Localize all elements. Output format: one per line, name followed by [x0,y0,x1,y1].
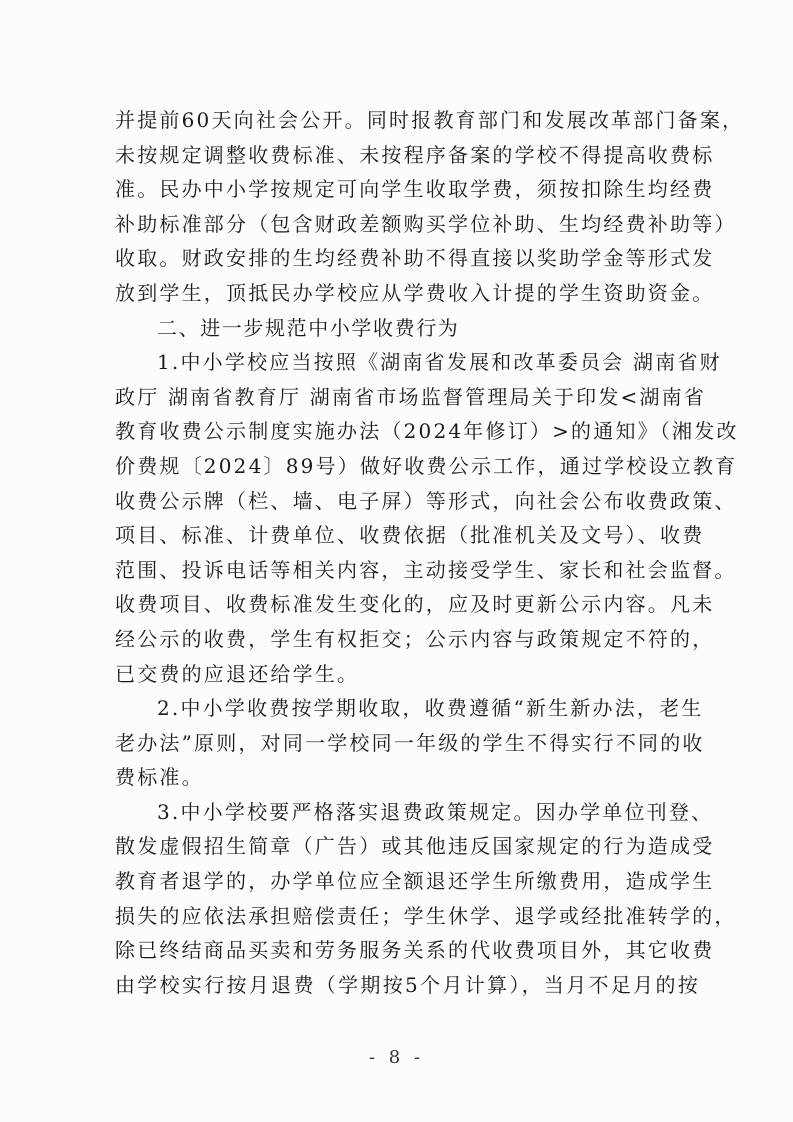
text-line: 除已终结商品买卖和劳务服务关系的代收费项目外，其它收费 [115,933,700,968]
text-line: 收费项目、收费标准发生变化的，应及时更新公示内容。凡未 [115,587,700,622]
text-line: 老办法”原则，对同一学校同一年级的学生不得实行不同的收 [115,726,700,761]
paragraph-item-3: 3.中小学校要严格落实退费政策规定。因办学单位刊登、 散发虚假招生简章（广告）或… [115,795,700,1003]
text-line: 教育收费公示制度实施办法（2024年修订）>的通知》（湘发改 [115,414,700,449]
paragraph-item-1: 1.中小学校应当按照《湖南省发展和改革委员会 湖南省财 政厅 湖南省教育厅 湖南… [115,345,700,691]
text-line: 损失的应依法承担赔偿责任；学生休学、退学或经批准转学的， [115,899,700,934]
text-line: 3.中小学校要严格落实退费政策规定。因办学单位刊登、 [115,795,700,830]
text-line: 补助标准部分（包含财政差额购买学位补助、生均经费补助等） [115,207,700,242]
text-line: 范围、投诉电话等相关内容，主动接受学生、家长和社会监督。 [115,553,700,588]
heading-text: 二、进一步规范中小学收费行为 [115,311,700,346]
text-line: 未按规定调整收费标准、未按程序备案的学校不得提高收费标 [115,138,700,173]
paragraph-item-2: 2.中小学收费按学期收取，收费遵循“新生新办法，老生 老办法”原则，对同一学校同… [115,691,700,795]
text-line: 准。民办中小学按规定可向学生收取学费，须按扣除生均经费 [115,172,700,207]
document-body: 并提前60天向社会公开。同时报教育部门和发展改革部门备案， 未按规定调整收费标准… [115,103,700,1002]
text-line: 散发虚假招生简章（广告）或其他违反国家规定的行为造成受 [115,829,700,864]
page-number: - 8 - [0,1047,793,1068]
paragraph-continuation: 并提前60天向社会公开。同时报教育部门和发展改革部门备案， 未按规定调整收费标准… [115,103,700,311]
text-line: 由学校实行按月退费（学期按5个月计算），当月不足月的按 [115,968,700,1003]
text-line: 2.中小学收费按学期收取，收费遵循“新生新办法，老生 [115,691,700,726]
text-line: 收取。财政安排的生均经费补助不得直接以奖助学金等形式发 [115,241,700,276]
text-line: 1.中小学校应当按照《湖南省发展和改革委员会 湖南省财 [115,345,700,380]
text-line: 经公示的收费，学生有权拒交；公示内容与政策规定不符的， [115,622,700,657]
section-heading: 二、进一步规范中小学收费行为 [115,311,700,346]
text-line: 并提前60天向社会公开。同时报教育部门和发展改革部门备案， [115,103,700,138]
text-line: 已交费的应退还给学生。 [115,657,700,692]
text-line: 费标准。 [115,760,700,795]
document-page: 并提前60天向社会公开。同时报教育部门和发展改革部门备案， 未按规定调整收费标准… [0,0,793,1122]
text-line: 放到学生，顶抵民办学校应从学费收入计提的学生资助资金。 [115,276,700,311]
text-line: 教育者退学的，办学单位应全额退还学生所缴费用，造成学生 [115,864,700,899]
text-line: 收费公示牌（栏、墙、电子屏）等形式，向社会公布收费政策、 [115,484,700,519]
text-line: 价费规〔2024〕89号）做好收费公示工作，通过学校设立教育 [115,449,700,484]
text-line: 政厅 湖南省教育厅 湖南省市场监督管理局关于印发<湖南省 [115,380,700,415]
text-line: 项目、标准、计费单位、收费依据（批准机关及文号）、收费 [115,518,700,553]
